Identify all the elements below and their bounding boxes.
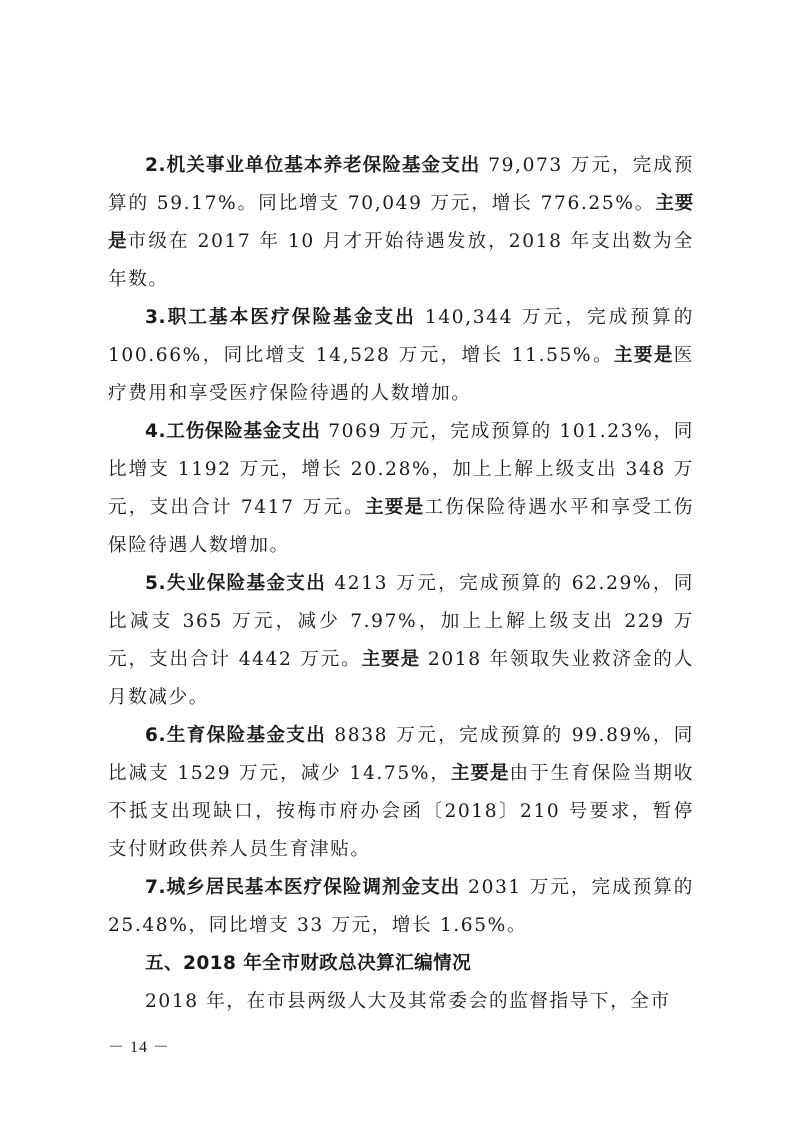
section-heading: 五、2018 年全市财政总决算汇编情况 (108, 945, 694, 983)
reason-text: 市级在 2017 年 10 月才开始待遇发放，2018 年支出数为全年数。 (108, 231, 694, 290)
paragraph-medical-expenditure: 3.职工基本医疗保险基金支出 140,344 万元，完成预算的 100.66%，… (108, 299, 694, 413)
item-title: 7.城乡居民基本医疗保险调剂金支出 (145, 877, 460, 898)
item-title: 6.生育保险基金支出 (145, 725, 326, 746)
reason-label: 主要是 (365, 497, 424, 518)
page-number: － 14 － (108, 1034, 170, 1057)
item-title: 2.机关事业单位基本养老保险基金支出 (145, 155, 480, 176)
paragraph-unemployment-expenditure: 5.失业保险基金支出 4213 万元，完成预算的 62.29%，同比减支 365… (108, 565, 694, 717)
paragraph-resident-medical-expenditure: 7.城乡居民基本医疗保险调剂金支出 2031 万元，完成预算的 25.48%，同… (108, 869, 694, 945)
section-body: 2018 年，在市县两级人大及其常委会的监督指导下，全市 (108, 983, 694, 1021)
paragraph-injury-expenditure: 4.工伤保险基金支出 7069 万元，完成预算的 101.23%，同比增支 11… (108, 413, 694, 565)
reason-label: 主要是 (614, 345, 674, 366)
item-title: 5.失业保险基金支出 (145, 573, 326, 594)
paragraph-maternity-expenditure: 6.生育保险基金支出 8838 万元，完成预算的 99.89%，同比减支 152… (108, 717, 694, 869)
document-page: 2.机关事业单位基本养老保险基金支出 79,073 万元，完成预算的 59.17… (108, 147, 694, 1021)
item-title: 3.职工基本医疗保险基金支出 (145, 307, 416, 328)
item-title: 4.工伤保险基金支出 (145, 421, 321, 442)
reason-label: 主要是 (451, 763, 510, 784)
paragraph-pension-expenditure: 2.机关事业单位基本养老保险基金支出 79,073 万元，完成预算的 59.17… (108, 147, 694, 299)
reason-label: 主要是 (362, 649, 420, 670)
